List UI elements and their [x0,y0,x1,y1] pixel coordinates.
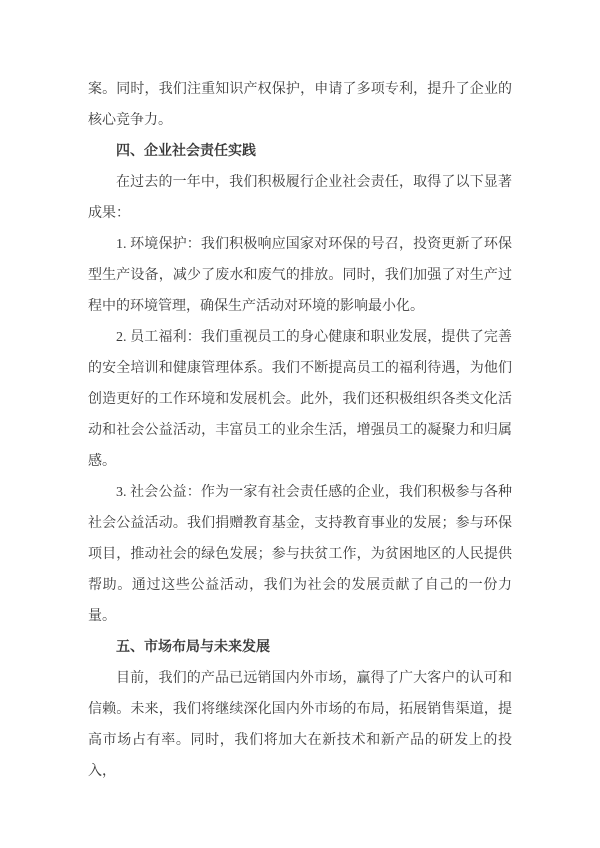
paragraph-market-future: 目前，我们的产品已远销国内外市场，赢得了广大客户的认可和信赖。未来，我们将继续深… [88,663,512,787]
paragraph-environment: 1. 环境保护：我们积极响应国家对环保的号召，投资更新了环保型生产设备，减少了废… [88,229,512,322]
document-page: 案。同时，我们注重知识产权保护，申请了多项专利，提升了企业的核心竞争力。 四、企… [0,0,600,848]
paragraph-public-welfare: 3. 社会公益：作为一家有社会责任感的企业，我们积极参与各种社会公益活动。我们捐… [88,477,512,632]
section-heading-4: 四、企业社会责任实践 [88,136,512,167]
paragraph-intro: 在过去的一年中，我们积极履行企业社会责任，取得了以下显著成果： [88,167,512,229]
paragraph-employee-welfare: 2. 员工福利：我们重视员工的身心健康和职业发展，提供了完善的安全培训和健康管理… [88,322,512,477]
paragraph-continuation: 案。同时，我们注重知识产权保护，申请了多项专利，提升了企业的核心竞争力。 [88,74,512,136]
section-heading-5: 五、市场布局与未来发展 [88,632,512,663]
